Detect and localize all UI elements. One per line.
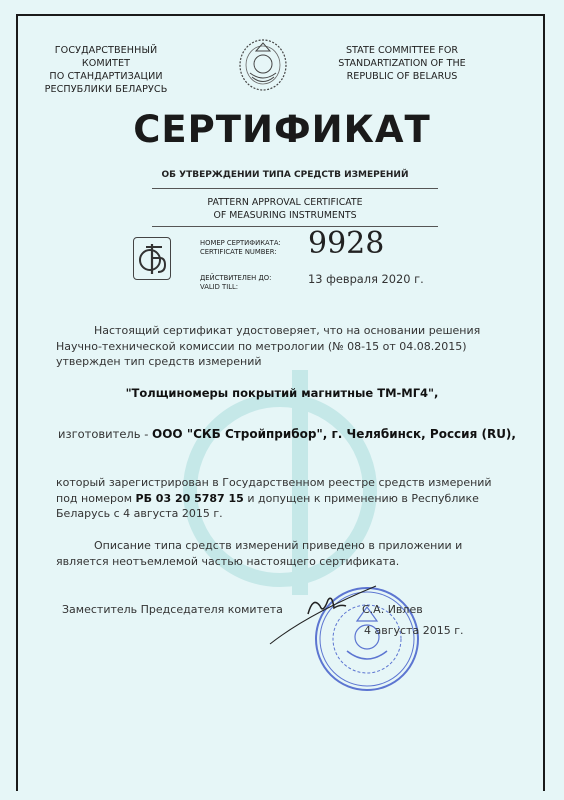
text-line: который зарегистрирован в Государственно… (56, 475, 516, 491)
text-line: утвержден тип средств измерений (56, 354, 516, 370)
text-line: Научно-технической комиссии по метрологи… (56, 339, 516, 355)
subtitle-ru: ОБ УТВЕРЖДЕНИИ ТИПА СРЕДСТВ ИЗМЕРЕНИЙ (160, 170, 410, 180)
divider (152, 226, 438, 227)
issuer-ru-line: ПО СТАНДАРТИЗАЦИИ (30, 70, 182, 83)
label-ru: ДЕЙСТВИТЕЛЕН ДО: (200, 274, 271, 283)
certificate-title: СЕРТИФИКАТ (0, 108, 564, 151)
issuer-name-ru: ГОСУДАРСТВЕННЫЙ КОМИТЕТ ПО СТАНДАРТИЗАЦИ… (30, 44, 182, 96)
subtitle-en-line: OF MEASURING INSTRUMENTS (160, 209, 410, 222)
text-line: является неотъемлемой частью настоящего … (56, 554, 516, 570)
issuer-en-line: STANDARTIZATION OF THE (326, 57, 478, 70)
certificate-number: 9928 (308, 226, 384, 261)
paragraph-basis: Настоящий сертификат удостоверяет, что н… (56, 323, 516, 370)
text: и допущен к применению в Республике (244, 492, 479, 505)
signature-date: 4 августа 2015 г. (364, 623, 504, 639)
text-line: под номером РБ 03 20 5787 15 и допущен к… (56, 491, 516, 507)
manufacturer-label: изготовитель - (58, 427, 152, 441)
text-line: Настоящий сертификат удостоверяет, что н… (56, 323, 516, 339)
paragraph-registry: который зарегистрирован в Государственно… (56, 475, 516, 522)
label-en: CERTIFICATE NUMBER: (200, 248, 281, 257)
belarus-coat-of-arms-icon (236, 37, 290, 92)
label-en: VALID TILL: (200, 283, 271, 292)
valid-till-label: ДЕЙСТВИТЕЛЕН ДО: VALID TILL: (200, 274, 271, 292)
instrument-name: "Толщиномеры покрытий магнитные ТМ-МГ4", (0, 386, 564, 402)
issuer-ru-line: ГОСУДАРСТВЕННЫЙ КОМИТЕТ (30, 44, 182, 70)
text-line: Описание типа средств измерений приведен… (56, 538, 516, 554)
valid-till-date: 13 февраля 2020 г. (308, 272, 424, 286)
registry-number: РБ 03 20 5787 15 (136, 492, 244, 505)
issuer-en-line: REPUBLIC OF BELARUS (326, 70, 478, 83)
issuer-en-line: STATE COMMITTEE FOR (326, 44, 478, 57)
manufacturer-line: изготовитель - ООО "СКБ Стройприбор", г.… (58, 427, 518, 443)
label-ru: НОМЕР СЕРТИФИКАТА: (200, 239, 281, 248)
gosstandart-logo-icon (133, 237, 171, 280)
paragraph-description: Описание типа средств измерений приведен… (56, 538, 516, 569)
certificate-number-label: НОМЕР СЕРТИФИКАТА: CERTIFICATE NUMBER: (200, 239, 281, 257)
signatory-name: С.А. Ивлев (362, 602, 482, 618)
subtitle-en: PATTERN APPROVAL CERTIFICATE OF MEASURIN… (160, 196, 410, 222)
issuer-ru-line: РЕСПУБЛИКИ БЕЛАРУСЬ (30, 83, 182, 96)
manufacturer-name: ООО "СКБ Стройприбор", г. Челябинск, Рос… (152, 427, 516, 441)
issuer-name-en: STATE COMMITTEE FOR STANDARTIZATION OF T… (326, 44, 478, 83)
signatory-position: Заместитель Председателя комитета (62, 602, 292, 618)
divider (152, 188, 438, 189)
subtitle-en-line: PATTERN APPROVAL CERTIFICATE (160, 196, 410, 209)
text: под номером (56, 492, 136, 505)
text-line: Беларусь с 4 августа 2015 г. (56, 506, 516, 522)
